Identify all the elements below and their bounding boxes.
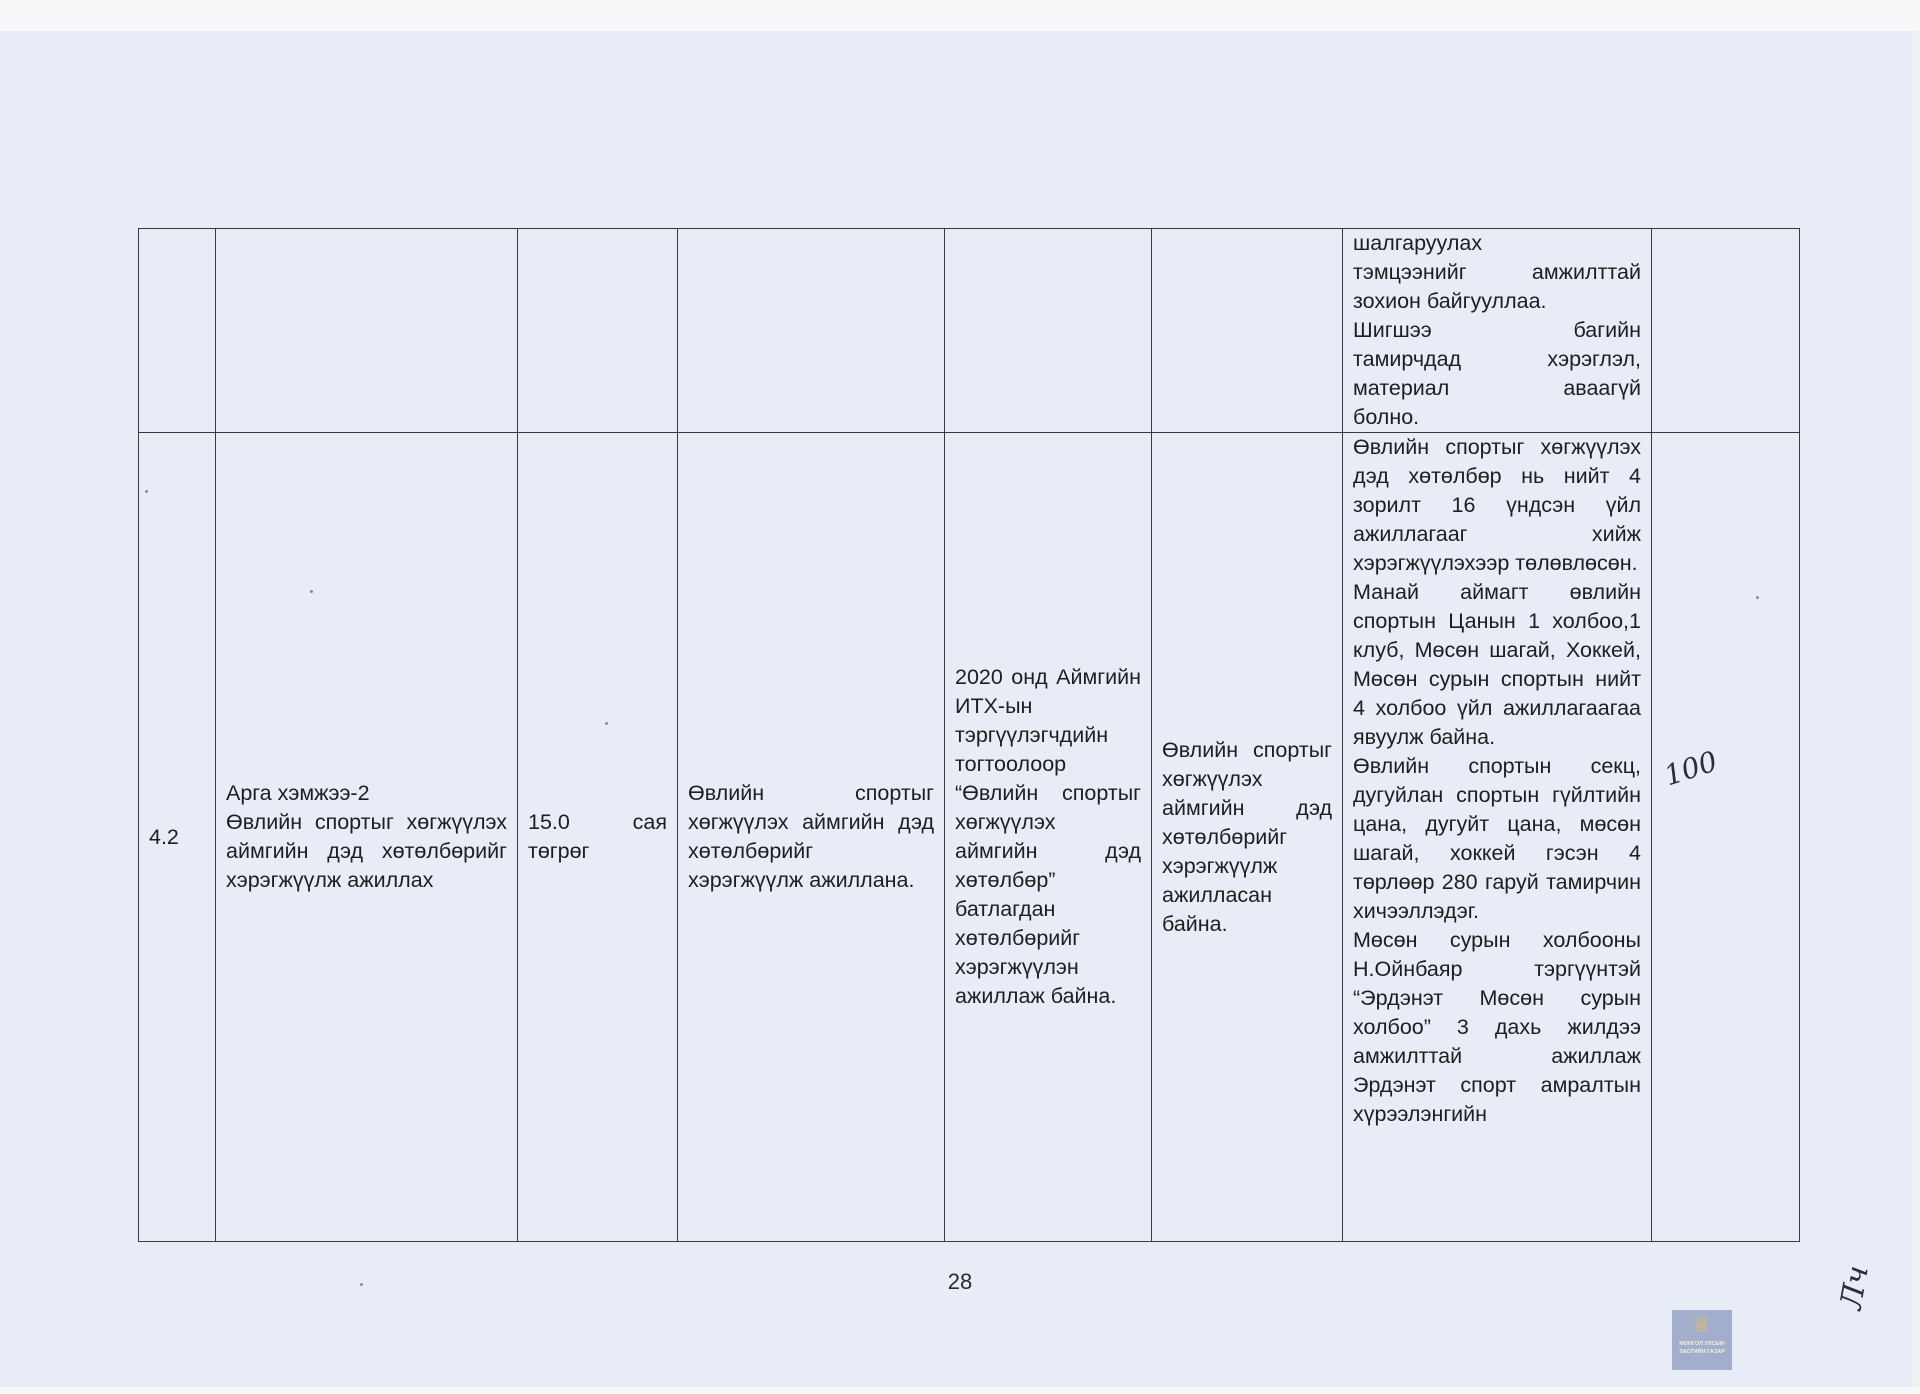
cell-expected-result: Өвлийн спортыг хөгжүүлэх аймгийн дэд хөт… <box>678 433 945 1242</box>
cell-number: 4.2 <box>139 433 216 1242</box>
cell-measure <box>216 229 518 433</box>
cell-basis: 2020 онд Аймгийн ИТХ-ын тэргүүлэгчдийн т… <box>945 433 1152 1242</box>
cell-implementation: Өвлийн спортыг хөгжүүлэх аймгийн дэд хөт… <box>1152 433 1343 1242</box>
result-paragraph: Өвлийн спортыг хөгжүүлэх дэд хөтөлбөр нь… <box>1353 433 1641 578</box>
scan-speck <box>310 590 313 593</box>
result-line: тэмцээнийг амжилттай <box>1353 258 1641 287</box>
cell-implementation <box>1152 229 1343 433</box>
result-paragraph: Мөсөн сурын холбооны Н.Ойнбаяр тэргүүнтэ… <box>1353 926 1641 1129</box>
cell-expected-result <box>678 229 945 433</box>
logo-text-line1: МОНГОЛ УЛСЫН <box>1672 1340 1732 1348</box>
cell-basis <box>945 229 1152 433</box>
page-number: 28 <box>0 1269 1920 1295</box>
result-paragraph: Манай аймагт өвлийн спортын Цанын 1 холб… <box>1353 578 1641 752</box>
cell-budget <box>518 229 678 433</box>
cell-measure: Арга хэмжээ-2 Өвлийн спортыг хөгжүүлэх а… <box>216 433 518 1242</box>
result-line: тамирчдад хэрэглэл, <box>1353 345 1641 374</box>
cell-number <box>139 229 216 433</box>
scan-speck <box>145 490 148 493</box>
scan-speck <box>605 722 608 725</box>
cell-result: Өвлийн спортыг хөгжүүлэх дэд хөтөлбөр нь… <box>1343 433 1652 1242</box>
cell-result: шалгаруулах тэмцээнийг амжилттай зохион … <box>1343 229 1652 433</box>
result-line: болно. <box>1353 403 1641 432</box>
scan-speck <box>360 1283 363 1286</box>
soyombo-emblem-icon: ♕ <box>1672 1310 1732 1340</box>
handwritten-signature: Лч <box>1834 1263 1876 1312</box>
table-row-continued: шалгаруулах тэмцээнийг амжилттай зохион … <box>139 229 1800 433</box>
logo-text-line2: ЗАСГИЙН ГАЗАР <box>1672 1348 1732 1356</box>
table-row-4-2: 4.2 Арга хэмжээ-2 Өвлийн спортыг хөгжүүл… <box>139 433 1800 1242</box>
cell-score <box>1652 229 1800 433</box>
result-line: материал аваагүй <box>1353 374 1641 403</box>
report-table: шалгаруулах тэмцээнийг амжилттай зохион … <box>138 228 1800 1242</box>
cell-budget: 15.0 сая төгрөг <box>518 433 678 1242</box>
result-line: Шигшээ багийн <box>1353 316 1641 345</box>
scan-speck <box>1756 596 1759 599</box>
result-paragraph: Өвлийн спортын секц, дугуйлан спортын гү… <box>1353 752 1641 926</box>
result-line: шалгаруулах <box>1353 229 1641 258</box>
cell-score <box>1652 433 1800 1242</box>
measure-text: Өвлийн спортыг хөгжүүлэх аймгийн дэд хөт… <box>226 808 507 895</box>
scanner-bed-edge <box>1912 31 1920 1387</box>
government-logo: ♕ МОНГОЛ УЛСЫН ЗАСГИЙН ГАЗАР <box>1672 1310 1732 1370</box>
measure-title: Арга хэмжээ-2 <box>226 779 507 808</box>
result-line: зохион байгууллаа. <box>1353 287 1641 316</box>
